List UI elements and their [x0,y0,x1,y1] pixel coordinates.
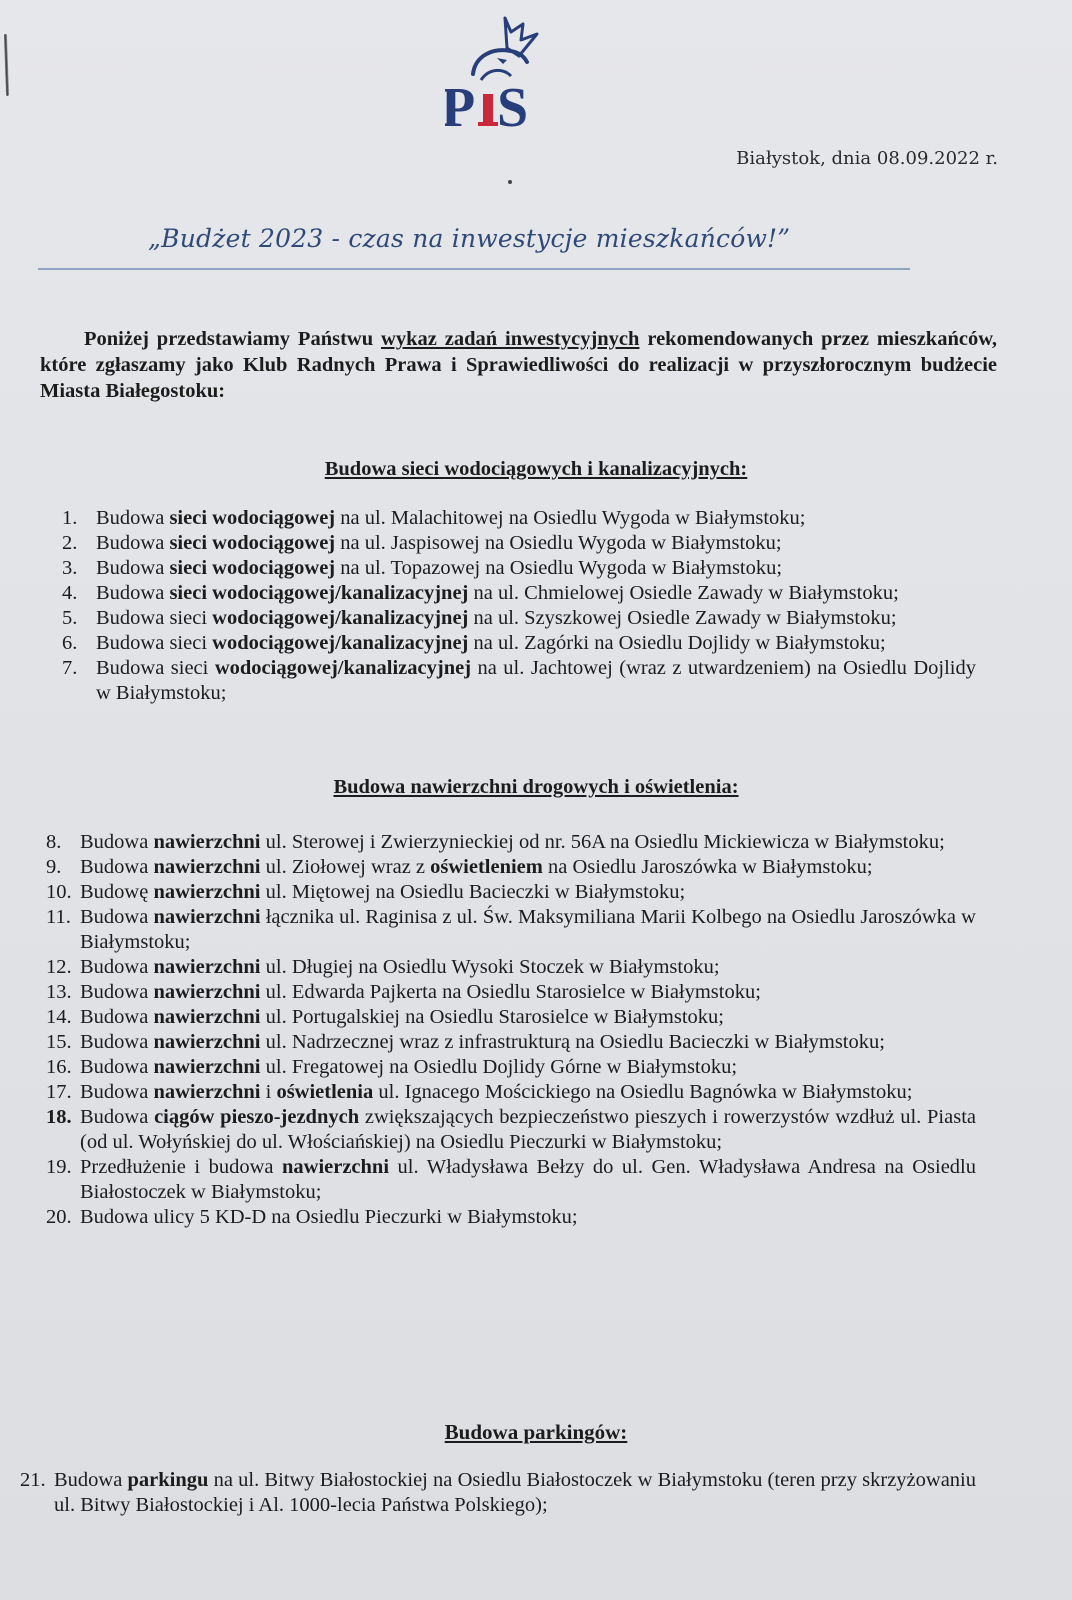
item-text: Budowa [96,557,169,579]
item-number: 3. [62,556,92,581]
item-text: Budowa [80,1056,153,1078]
item-emphasis: wodociągowej/kanalizacyjnej [215,657,471,679]
item-text: Przedłużenie i budowa [80,1156,282,1178]
place-date: Białystok, dnia 08.09.2022 r. [736,148,998,169]
item-text: ul. Nadrzecznej wraz z infrastrukturą na… [261,1031,885,1053]
item-number: 9. [46,855,76,880]
item-text: Budowa [80,1006,153,1028]
item-number: 17. [46,1080,76,1105]
item-text: Budowa sieci [96,657,215,679]
item-emphasis: nawierzchni [153,956,260,978]
list-item: 14.Budowa nawierzchni ul. Portugalskiej … [46,1005,976,1030]
staple [4,34,9,96]
item-emphasis: oświetlenia [276,1081,373,1103]
item-text: na Osiedlu Jaroszówka w Białymstoku; [543,856,873,878]
item-number: 16. [46,1055,76,1080]
item-number: 19. [46,1155,76,1180]
item-text: Budowa [96,532,169,554]
item-emphasis: oświetleniem [430,856,543,878]
list-item: 15.Budowa nawierzchni ul. Nadrzecznej wr… [46,1030,976,1055]
item-text: Budowa [96,582,169,604]
document-title: „Budżet 2023 - czas na inwestycje mieszk… [148,224,790,253]
list-item: 19.Przedłużenie i budowa nawierzchni ul.… [46,1155,976,1205]
eagle-crown-icon: P S [445,12,565,132]
list-item: 3.Budowa sieci wodociągowej na ul. Topaz… [62,556,976,581]
list-item: 5.Budowa sieci wodociągowej/kanalizacyjn… [62,606,976,631]
list-item: 20.Budowa ulicy 5 KD-D na Osiedlu Pieczu… [46,1205,976,1230]
item-number: 10. [46,880,76,905]
item-emphasis: nawierzchni [154,906,261,928]
item-text: na ul. Topazowej na Osiedlu Wygoda w Bia… [335,557,782,579]
list-item: 6.Budowa sieci wodociągowej/kanalizacyjn… [62,631,976,656]
item-emphasis: sieci wodociągowej [169,532,335,554]
item-text: Budowę [80,881,153,903]
party-logo: P S [445,12,565,132]
item-number: 15. [46,1030,76,1055]
section-heading-roads: Budowa nawierzchni drogowych i oświetlen… [0,776,1072,799]
intro-underlined: wykaz zadań inwestycyjnych [381,328,639,350]
item-number: 4. [62,581,92,606]
list-item: 17.Budowa nawierzchni i oświetlenia ul. … [46,1080,976,1105]
item-emphasis: nawierzchni [153,981,260,1003]
item-number: 21. [20,1468,50,1493]
svg-text:P: P [445,77,475,132]
list-item: 2.Budowa sieci wodociągowej na ul. Jaspi… [62,531,976,556]
title-divider [38,268,910,270]
dot-mark [508,180,512,184]
svg-text:S: S [497,77,528,132]
list-item: 4.Budowa sieci wodociągowej/kanalizacyjn… [62,581,976,606]
item-emphasis: wodociągowej/kanalizacyjnej [212,632,468,654]
item-emphasis: sieci wodociągowej [169,507,335,529]
item-text: i [261,1081,277,1103]
item-emphasis: ciągów pieszo-jezdnych [154,1106,359,1128]
item-text: ul. Portugalskiej na Osiedlu Starosielce… [261,1006,724,1028]
item-emphasis: sieci wodociągowej/kanalizacyjnej [169,582,468,604]
item-emphasis: nawierzchni [153,1056,260,1078]
item-number: 5. [62,606,92,631]
item-text: ul. Ziołowej wraz z [261,856,431,878]
item-text: na ul. Malachitowej na Osiedlu Wygoda w … [335,507,805,529]
item-number: 12. [46,955,76,980]
item-text: Budowa [80,1031,153,1053]
road-items-list: 8.Budowa nawierzchni ul. Sterowej i Zwie… [46,830,976,1230]
item-text: Budowa sieci [96,632,212,654]
intro-text-1: Poniżej przedstawiamy Państwu [84,328,381,350]
item-emphasis: nawierzchni [153,831,260,853]
list-item: 1.Budowa sieci wodociągowej na ul. Malac… [62,506,976,531]
item-number: 14. [46,1005,76,1030]
item-number: 7. [62,656,92,681]
item-number: 20. [46,1205,76,1230]
item-text: na ul. Szyszkowej Osiedle Zawady w Biały… [468,607,896,629]
item-emphasis: nawierzchni [153,881,260,903]
item-number: 6. [62,631,92,656]
item-emphasis: nawierzchni [282,1156,389,1178]
water-items-list: 1.Budowa sieci wodociągowej na ul. Malac… [62,506,976,706]
item-text: Budowa ulicy 5 KD-D na Osiedlu Pieczurki… [80,1206,578,1228]
item-number: 2. [62,531,92,556]
item-text: Budowa [80,1106,154,1128]
item-text: Budowa [80,981,153,1003]
item-text: Budowa [54,1469,128,1491]
item-text: Budowa [80,856,153,878]
list-item: 8.Budowa nawierzchni ul. Sterowej i Zwie… [46,830,976,855]
item-text: Budowa [96,507,169,529]
list-item: 12.Budowa nawierzchni ul. Długiej na Osi… [46,955,976,980]
item-text: ul. Miętowej na Osiedlu Bacieczki w Biał… [261,881,686,903]
list-item: 16.Budowa nawierzchni ul. Fregatowej na … [46,1055,976,1080]
item-text: na ul. Zagórki na Osiedlu Dojlidy w Biał… [468,632,885,654]
item-text: Budowa [80,1081,153,1103]
item-emphasis: nawierzchni [153,1006,260,1028]
item-emphasis: nawierzchni [153,856,260,878]
item-number: 13. [46,980,76,1005]
item-emphasis: nawierzchni [153,1031,260,1053]
item-text: na ul. Chmielowej Osiedle Zawady w Biały… [468,582,898,604]
item-emphasis: parkingu [128,1469,209,1491]
item-text: na ul. Jaspisowej na Osiedlu Wygoda w Bi… [335,532,782,554]
item-text: ul. Długiej na Osiedlu Wysoki Stoczek w … [261,956,720,978]
item-emphasis: sieci wodociągowej [169,557,335,579]
item-emphasis: wodociągowej/kanalizacyjnej [212,607,468,629]
item-text: Budowa sieci [96,607,212,629]
list-item: 21.Budowa parkingu na ul. Bitwy Białosto… [20,1468,976,1518]
item-text: ul. Fregatowej na Osiedlu Dojlidy Górne … [261,1056,738,1078]
item-text: ul. Edwarda Pajkerta na Osiedlu Starosie… [261,981,761,1003]
item-number: 1. [62,506,92,531]
item-text: ul. Sterowej i Zwierzynieckiej od nr. 56… [261,831,945,853]
item-text: ul. Ignacego Mościckiego na Osiedlu Bagn… [373,1081,912,1103]
item-text: Budowa [80,831,153,853]
list-item: 11.Budowa nawierzchni łącznika ul. Ragin… [46,905,976,955]
item-text: Budowa [80,956,153,978]
item-emphasis: nawierzchni [153,1081,260,1103]
item-number: 11. [46,905,76,930]
list-item: 10.Budowę nawierzchni ul. Miętowej na Os… [46,880,976,905]
list-item: 7.Budowa sieci wodociągowej/kanalizacyjn… [62,656,976,706]
list-item: 13.Budowa nawierzchni ul. Edwarda Pajker… [46,980,976,1005]
item-text: Budowa [80,906,154,928]
item-number: 8. [46,830,76,855]
list-item: 18.Budowa ciągów pieszo-jezdnych zwiększ… [46,1105,976,1155]
intro-paragraph: Poniżej przedstawiamy Państwu wykaz zada… [40,326,997,404]
item-number: 18. [46,1105,76,1130]
section-heading-parking: Budowa parkingów: [0,1420,1072,1445]
section-heading-water: Budowa sieci wodociągowych i kanalizacyj… [0,458,1072,481]
list-item: 9.Budowa nawierzchni ul. Ziołowej wraz z… [46,855,976,880]
parking-items-list: 21.Budowa parkingu na ul. Bitwy Białosto… [20,1468,976,1518]
